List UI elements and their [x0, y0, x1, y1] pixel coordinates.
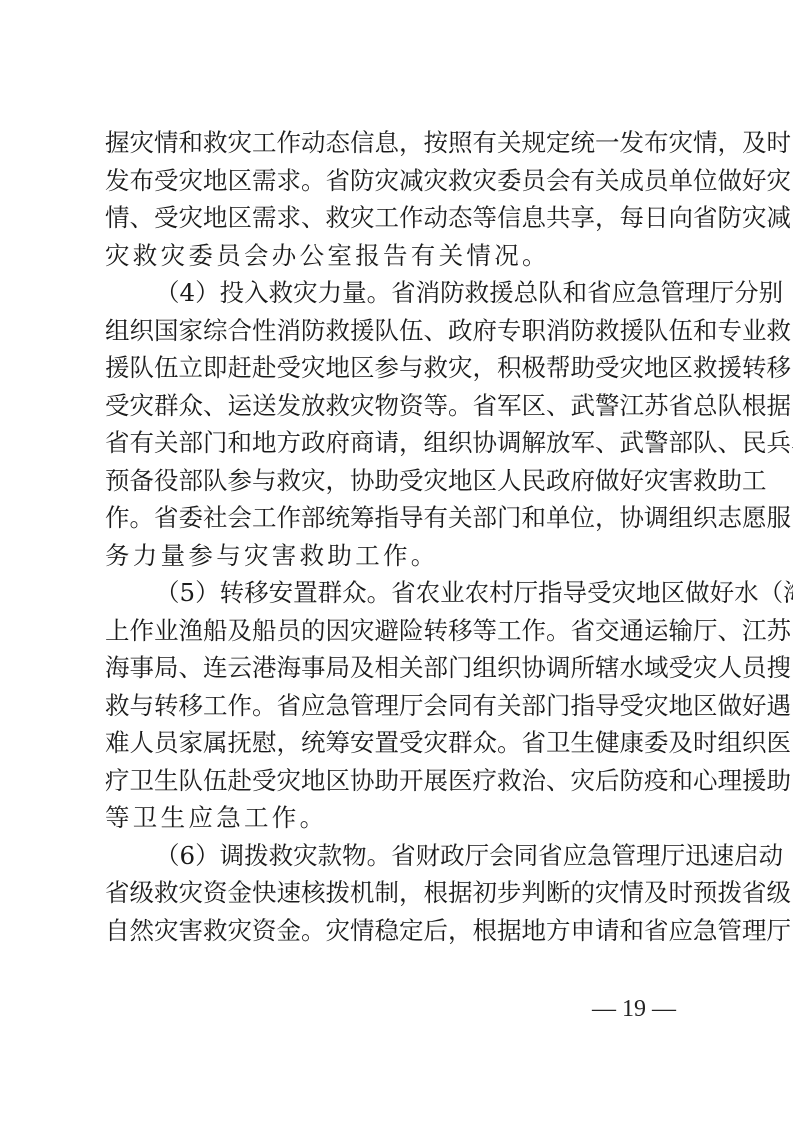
- text-line: 灾救灾委员会办公室报告有关情况。: [105, 237, 689, 275]
- text-line: 发布受灾地区需求。省防灾减灾救灾委员会有关成员单位做好灾: [105, 162, 689, 200]
- text-line: 省级救灾资金快速核拨机制，根据初步判断的灾情及时预拨省级: [105, 874, 689, 912]
- text-line: 情、受灾地区需求、救灾工作动态等信息共享，每日向省防灾减: [105, 199, 689, 237]
- paragraph-6-allocate-relief-funds: （6）调拨救灾款物。省财政厅会同省应急管理厅迅速启动 省级救灾资金快速核拨机制，…: [105, 837, 689, 950]
- text-line: 等卫生应急工作。: [105, 799, 689, 837]
- text-line: 握灾情和救灾工作动态信息，按照有关规定统一发布灾情，及时: [105, 124, 689, 162]
- text-line: 受灾群众、运送发放救灾物资等。省军区、武警江苏省总队根据: [105, 387, 689, 425]
- text-line: 难人员家属抚慰，统筹安置受灾群众。省卫生健康委及时组织医: [105, 724, 689, 762]
- document-page: 握灾情和救灾工作动态信息，按照有关规定统一发布灾情，及时 发布受灾地区需求。省防…: [0, 0, 793, 1122]
- paragraph-heading-line: （6）调拨救灾款物。省财政厅会同省应急管理厅迅速启动: [105, 837, 689, 875]
- text-line: 作。省委社会工作部统筹指导有关部门和单位，协调组织志愿服: [105, 499, 689, 537]
- text-line: 海事局、连云港海事局及相关部门组织协调所辖水域受灾人员搜: [105, 649, 689, 687]
- text-line: 组织国家综合性消防救援队伍、政府专职消防救援队伍和专业救: [105, 312, 689, 350]
- paragraph-5-relocate-people: （5）转移安置群众。省农业农村厅指导受灾地区做好水（海） 上作业渔船及船员的因灾…: [105, 574, 689, 837]
- page-number: — 19 —: [592, 996, 674, 1022]
- paragraph-continued: 握灾情和救灾工作动态信息，按照有关规定统一发布灾情，及时 发布受灾地区需求。省防…: [105, 124, 689, 274]
- paragraph-4-deploy-rescue-forces: （4）投入救灾力量。省消防救援总队和省应急管理厅分别 组织国家综合性消防救援队伍…: [105, 274, 689, 574]
- text-line: 务力量参与灾害救助工作。: [105, 537, 689, 575]
- text-line: 预备役部队参与救灾，协助受灾地区人民政府做好灾害救助工: [105, 462, 689, 500]
- text-line: 援队伍立即赶赴受灾地区参与救灾，积极帮助受灾地区救援转移: [105, 349, 689, 387]
- text-line: 上作业渔船及船员的因灾避险转移等工作。省交通运输厅、江苏: [105, 612, 689, 650]
- body-text: 握灾情和救灾工作动态信息，按照有关规定统一发布灾情，及时 发布受灾地区需求。省防…: [105, 124, 689, 949]
- paragraph-heading-line: （4）投入救灾力量。省消防救援总队和省应急管理厅分别: [105, 274, 689, 312]
- text-line: 救与转移工作。省应急管理厅会同有关部门指导受灾地区做好遇: [105, 687, 689, 725]
- text-line: 省有关部门和地方政府商请，组织协调解放军、武警部队、民兵、: [105, 424, 689, 462]
- paragraph-heading-line: （5）转移安置群众。省农业农村厅指导受灾地区做好水（海）: [105, 574, 689, 612]
- text-line: 疗卫生队伍赴受灾地区协助开展医疗救治、灾后防疫和心理援助: [105, 762, 689, 800]
- text-line: 自然灾害救灾资金。灾情稳定后，根据地方申请和省应急管理厅: [105, 912, 689, 950]
